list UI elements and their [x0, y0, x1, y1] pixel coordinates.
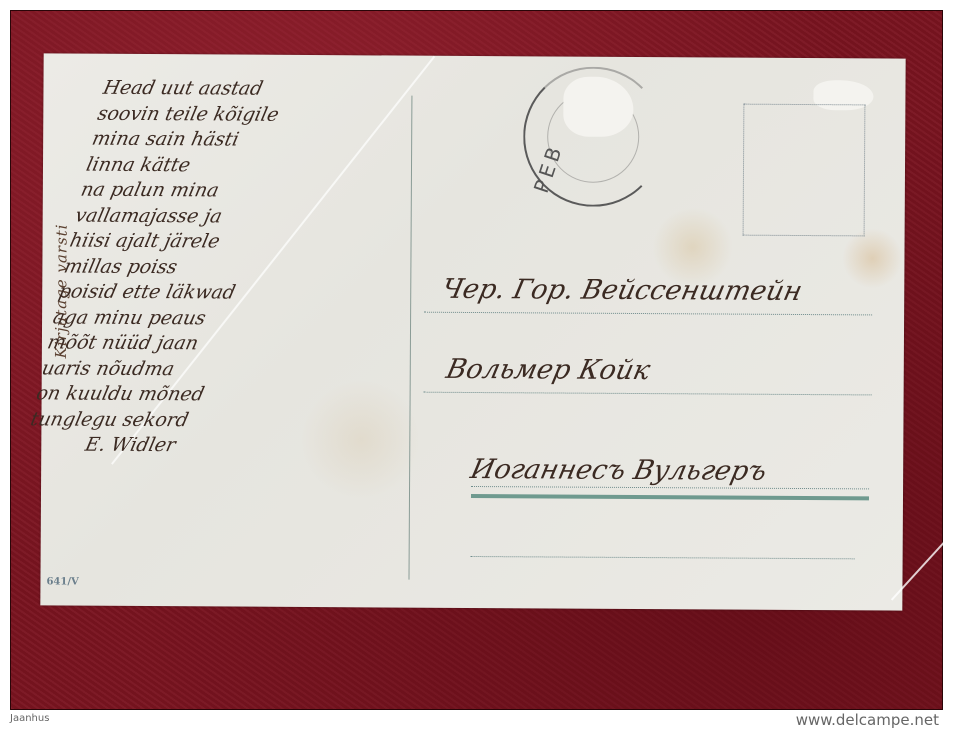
- message-line: aga minu peaus: [50, 305, 401, 333]
- message-line: on kuuldu mõned: [34, 381, 385, 409]
- handwritten-message: Head uut aastad soovin teile kõigile min…: [23, 76, 452, 460]
- message-line: na palun mina: [78, 178, 429, 206]
- message-line: Head uut aastad: [101, 76, 452, 104]
- message-line: soovin teile kõigile: [95, 101, 446, 129]
- series-number: 641/V: [46, 576, 78, 587]
- website-caption: www.delcampe.net: [796, 711, 939, 729]
- address-line-2: Вольмер Койк: [443, 354, 653, 386]
- address-rule: [424, 312, 872, 316]
- address-rule: [424, 392, 872, 396]
- address-line-3: Иоганнесъ Вульгеръ: [468, 454, 770, 487]
- message-line: tunglegu sekord: [28, 407, 379, 435]
- message-line: millas poiss: [62, 254, 413, 282]
- message-line: hiisi ajalt järele: [67, 229, 418, 257]
- seller-caption: Jaanhus: [10, 713, 49, 724]
- message-line: uaris nõudma: [39, 356, 390, 384]
- message-line: mõõt nüüd jaan: [45, 330, 396, 358]
- message-line: poisid ette läkwad: [56, 279, 407, 307]
- address-rule: [471, 556, 855, 559]
- postcard: Kirjutage varsti Head uut aastad soovin …: [40, 53, 905, 610]
- signature: E. Widler: [23, 432, 374, 460]
- stamp-placeholder-box: [743, 104, 866, 237]
- address-rule-solid: [471, 494, 869, 500]
- message-line: linna kätte: [84, 152, 435, 180]
- message-line: vallamajasse ja: [73, 203, 424, 231]
- address-rule: [471, 486, 869, 489]
- address-line-1: Чер. Гор. Вейссенштейн: [439, 274, 805, 307]
- message-line: mina sain hästi: [89, 127, 440, 155]
